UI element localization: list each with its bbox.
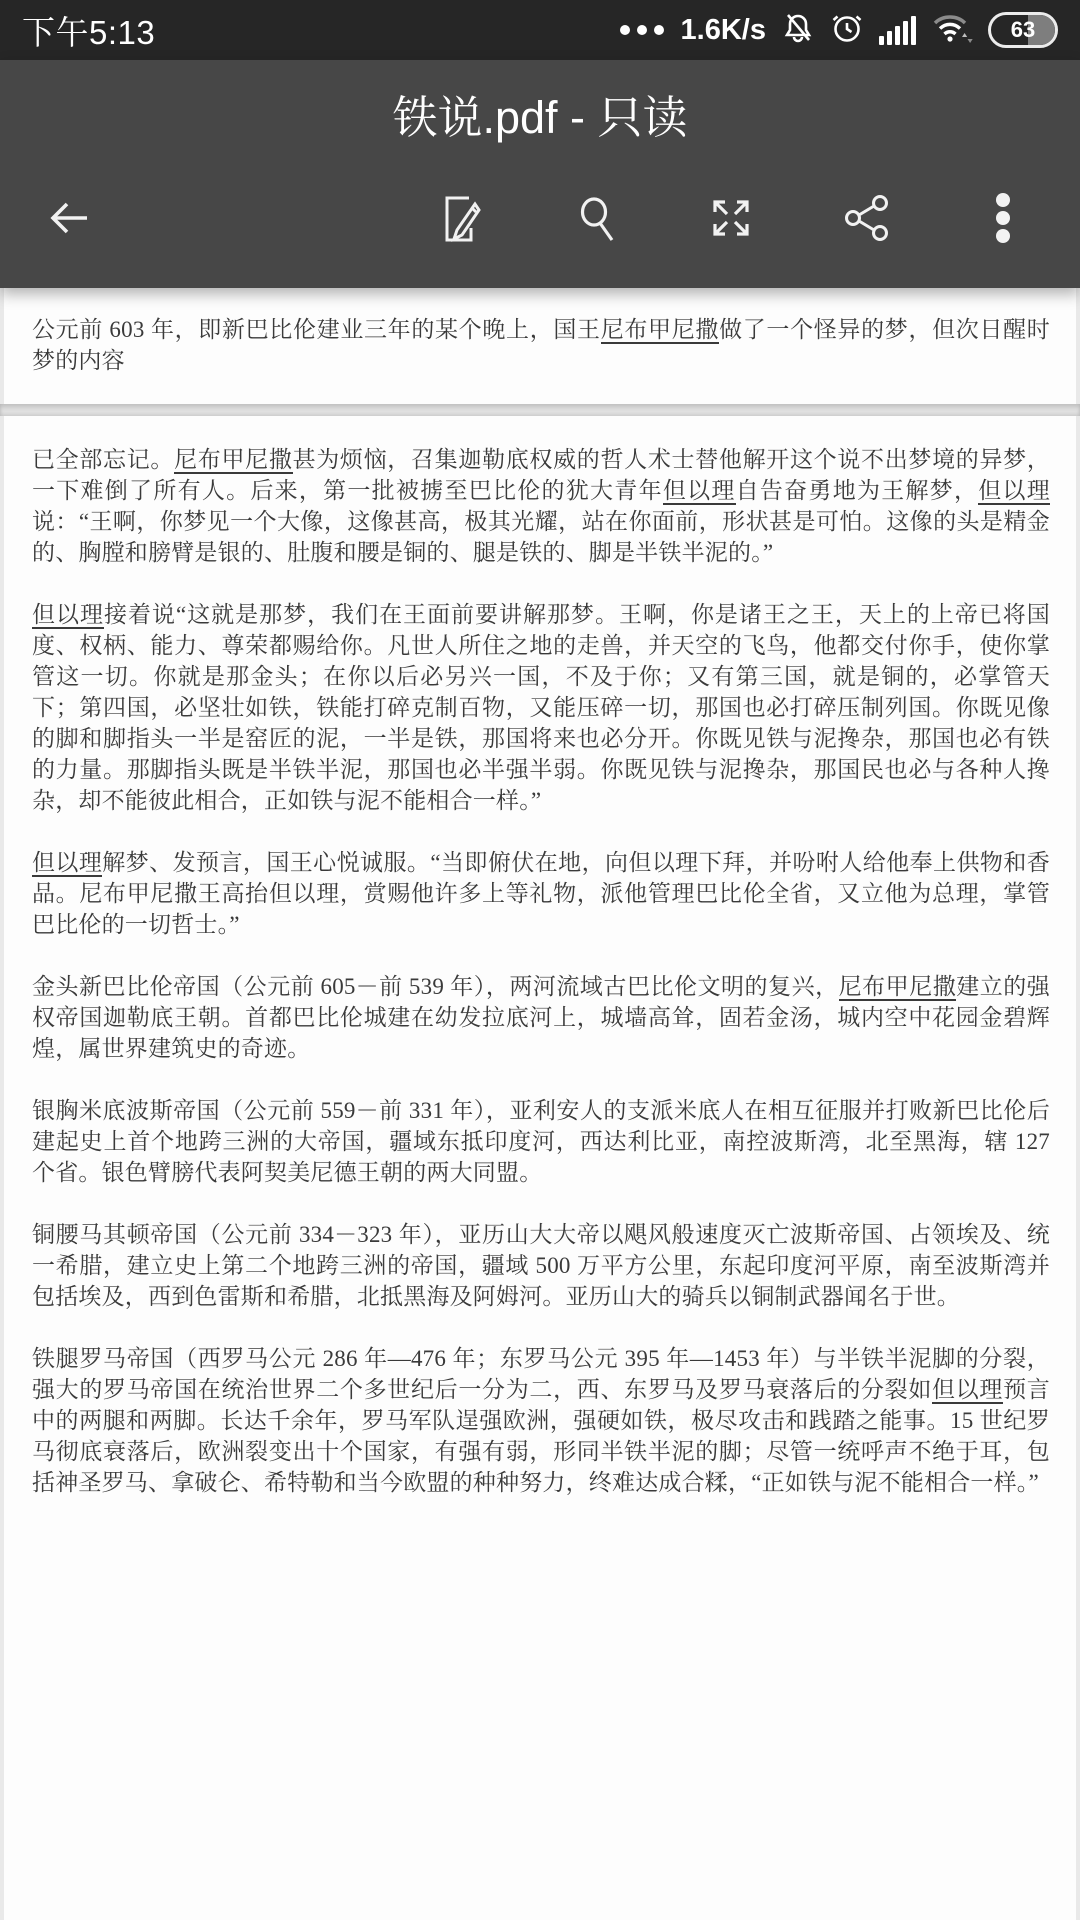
underlined-name: 但以理 (978, 478, 1050, 505)
app-bar: 铁说.pdf - 只读 (0, 60, 1080, 288)
underlined-name: 但以理 (663, 478, 736, 505)
paragraph: 但以理解梦、发预言，国王心悦诚服。“当即俯伏在地，向但以理下拜，并吩咐人给他奉上… (32, 847, 1050, 940)
annotate-button[interactable] (430, 189, 488, 247)
signal-icon (879, 15, 916, 45)
bell-muted-icon (781, 11, 815, 50)
text-segment: 已全部忘记。 (32, 447, 174, 472)
network-speed: 1.6K/s (681, 14, 766, 47)
paragraph: 已全部忘记。尼布甲尼撒甚为烦恼，召集迦勒底权威的哲人术士替他解开这个说不出梦境的… (32, 444, 1050, 568)
underlined-name: 尼布甲尼撒 (601, 317, 719, 344)
wifi-icon (931, 11, 973, 50)
status-bar: 下午5:13 1.6K/s (0, 0, 1080, 60)
overflow-menu-button[interactable] (974, 189, 1032, 247)
paragraph: 银胸米底波斯帝国（公元前 559－前 331 年），亚利安人的支派米底人在相互征… (32, 1095, 1050, 1188)
text-segment: 接着说“这就是那梦，我们在王面前要讲解那梦。王啊，你是诸王之王，天上的上帝已将国… (32, 602, 1050, 813)
paragraph: 铜腰马其顿帝国（公元前 334－323 年），亚历山大大帝以飓风般速度灭亡波斯帝… (32, 1219, 1050, 1312)
text-segment: 铜腰马其顿帝国（公元前 334－323 年），亚历山大大帝以飓风般速度灭亡波斯帝… (32, 1222, 1050, 1309)
status-right: 1.6K/s (620, 11, 1058, 50)
text-segment: 金头新巴比伦帝国（公元前 605－前 539 年），两河流域古巴比伦文明的复兴， (32, 974, 839, 999)
toolbar-actions (430, 189, 1032, 247)
toolbar (0, 148, 1080, 288)
text-segment: 银胸米底波斯帝国（公元前 559－前 331 年），亚利安人的支派米底人在相互征… (32, 1098, 1050, 1185)
paragraph: 铁腿罗马帝国（西罗马公元 286 年—476 年；东罗马公元 395 年—145… (32, 1343, 1050, 1498)
underlined-name: 但以理 (32, 850, 102, 877)
page-break (0, 404, 1080, 416)
pdf-page-2: 已全部忘记。尼布甲尼撒甚为烦恼，召集迦勒底权威的哲人术士替他解开这个说不出梦境的… (4, 416, 1076, 1920)
text-segment: 公元前 603 年，即新巴比伦建业三年的某个晚上，国王 (32, 317, 601, 342)
text-segment: 自告奋勇地为王解梦， (736, 478, 979, 503)
battery-percent: 63 (1011, 17, 1035, 43)
status-left: 下午5:13 (22, 7, 155, 54)
search-button[interactable] (566, 189, 624, 247)
underlined-name: 尼布甲尼撒 (839, 974, 957, 1001)
underlined-name: 尼布甲尼撒 (174, 447, 292, 474)
screen: 下午5:13 1.6K/s (0, 0, 1080, 1920)
paragraph: 但以理接着说“这就是那梦，我们在王面前要讲解那梦。王啊，你是诸王之王，天上的上帝… (32, 599, 1050, 816)
fullscreen-icon-button[interactable] (702, 189, 760, 247)
page-title: 铁说.pdf - 只读 (0, 60, 1080, 148)
text-segment: 解梦、发预言，国王心悦诚服。“当即俯伏在地，向但以理下拜，并吩咐人给他奉上供物和… (32, 850, 1050, 937)
paragraph: 金头新巴比伦帝国（公元前 605－前 539 年），两河流域古巴比伦文明的复兴，… (32, 971, 1050, 1064)
pdf-page-1: 公元前 603 年，即新巴比伦建业三年的某个晚上，国王尼布甲尼撒做了一个怪异的梦… (4, 288, 1076, 404)
share-button[interactable] (838, 189, 896, 247)
battery-icon: 63 (988, 12, 1058, 48)
notification-dots-icon (620, 25, 664, 35)
clock-time: 下午5:13 (22, 14, 155, 51)
text-segment: 说：“王啊，你梦见一个大像，这像甚高，极其光耀，站在你面前，形状甚是可怕。这像的… (32, 509, 1050, 565)
back-button[interactable] (40, 189, 98, 247)
underlined-name: 但以理 (932, 1377, 1003, 1404)
underlined-name: 但以理 (32, 602, 104, 629)
paragraph: 公元前 603 年，即新巴比伦建业三年的某个晚上，国王尼布甲尼撒做了一个怪异的梦… (32, 314, 1050, 376)
pdf-viewer[interactable]: 公元前 603 年，即新巴比伦建业三年的某个晚上，国王尼布甲尼撒做了一个怪异的梦… (0, 288, 1080, 1920)
alarm-icon (830, 11, 864, 50)
text-segment: 铁腿罗马帝国（西罗马公元 286 年—476 年；东罗马公元 395 年—145… (32, 1346, 1050, 1402)
